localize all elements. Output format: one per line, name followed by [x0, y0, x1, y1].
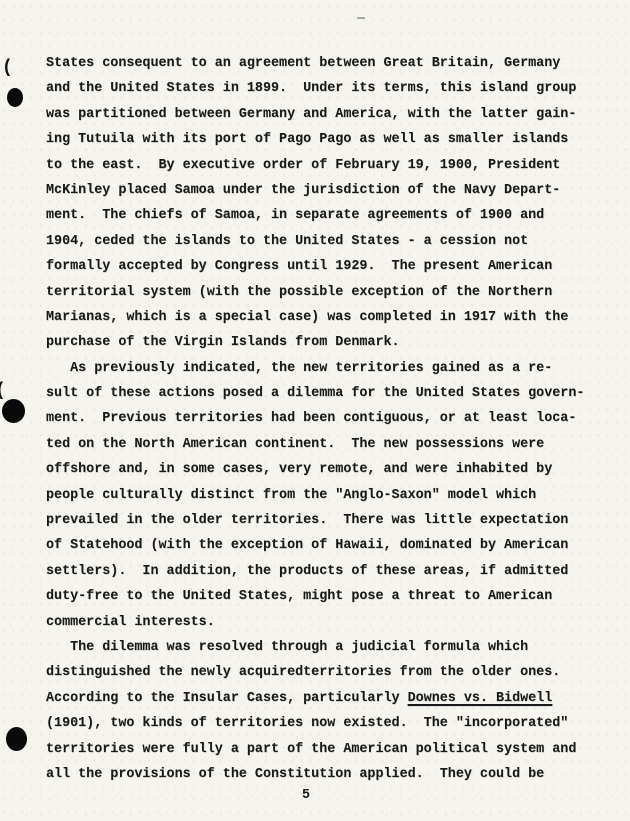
text-line: territories were fully a part of the Ame… — [46, 737, 591, 762]
text-line: McKinley placed Samoa under the jurisdic… — [46, 178, 591, 203]
text-line: Marianas, which is a special case) was c… — [46, 305, 591, 330]
text-line: commercial interests. — [46, 610, 591, 635]
text-line: ment. Previous territories had been cont… — [46, 406, 591, 431]
text-line: The dilemma was resolved through a judic… — [46, 635, 591, 660]
case-citation-underlined: Downes vs. Bidwell — [408, 691, 553, 706]
hole-punch-dot — [2, 399, 25, 423]
text-line: all the provisions of the Constitution a… — [46, 762, 591, 787]
hole-punch-dot — [6, 727, 27, 751]
text-line: (1901), two kinds of territories now exi… — [46, 711, 591, 736]
text-line: offshore and, in some cases, very remote… — [46, 457, 591, 482]
margin-paren-mark: ( — [0, 381, 6, 401]
text-segment: According to the Insular Cases, particul… — [46, 691, 408, 706]
text-line: and the United States in 1899. Under its… — [46, 76, 591, 101]
text-line: ment. The chiefs of Samoa, in separate a… — [46, 203, 591, 228]
text-line: of Statehood (with the exception of Hawa… — [46, 533, 591, 558]
text-line: settlers). In addition, the products of … — [46, 559, 591, 584]
margin-paren-mark: ( — [2, 58, 13, 78]
text-line: territorial system (with the possible ex… — [46, 280, 591, 305]
text-line: formally accepted by Congress until 1929… — [46, 254, 591, 279]
text-line: ing Tutuila with its port of Pago Pago a… — [46, 127, 591, 152]
text-line: sult of these actions posed a dilemma fo… — [46, 381, 591, 406]
document-text: States consequent to an agreement betwee… — [46, 51, 591, 787]
text-line: ted on the North American continent. The… — [46, 432, 591, 457]
text-line: According to the Insular Cases, particul… — [46, 686, 591, 711]
hole-punch-dot — [7, 88, 23, 107]
document-page: ( ( States consequent to an agreement be… — [0, 0, 630, 821]
text-line: was partitioned between Germany and Amer… — [46, 102, 591, 127]
text-line: to the east. By executive order of Febru… — [46, 153, 591, 178]
text-line: distinguished the newly acquiredterritor… — [46, 660, 591, 685]
text-line: As previously indicated, the new territo… — [46, 356, 591, 381]
text-line: duty-free to the United States, might po… — [46, 584, 591, 609]
page-number: 5 — [46, 788, 566, 803]
text-line: purchase of the Virgin Islands from Denm… — [46, 330, 591, 355]
text-line: people culturally distinct from the "Ang… — [46, 483, 591, 508]
text-line: 1904, ceded the islands to the United St… — [46, 229, 591, 254]
text-line: prevailed in the older territories. Ther… — [46, 508, 591, 533]
paper-speck — [357, 17, 365, 19]
text-line: States consequent to an agreement betwee… — [46, 51, 591, 76]
